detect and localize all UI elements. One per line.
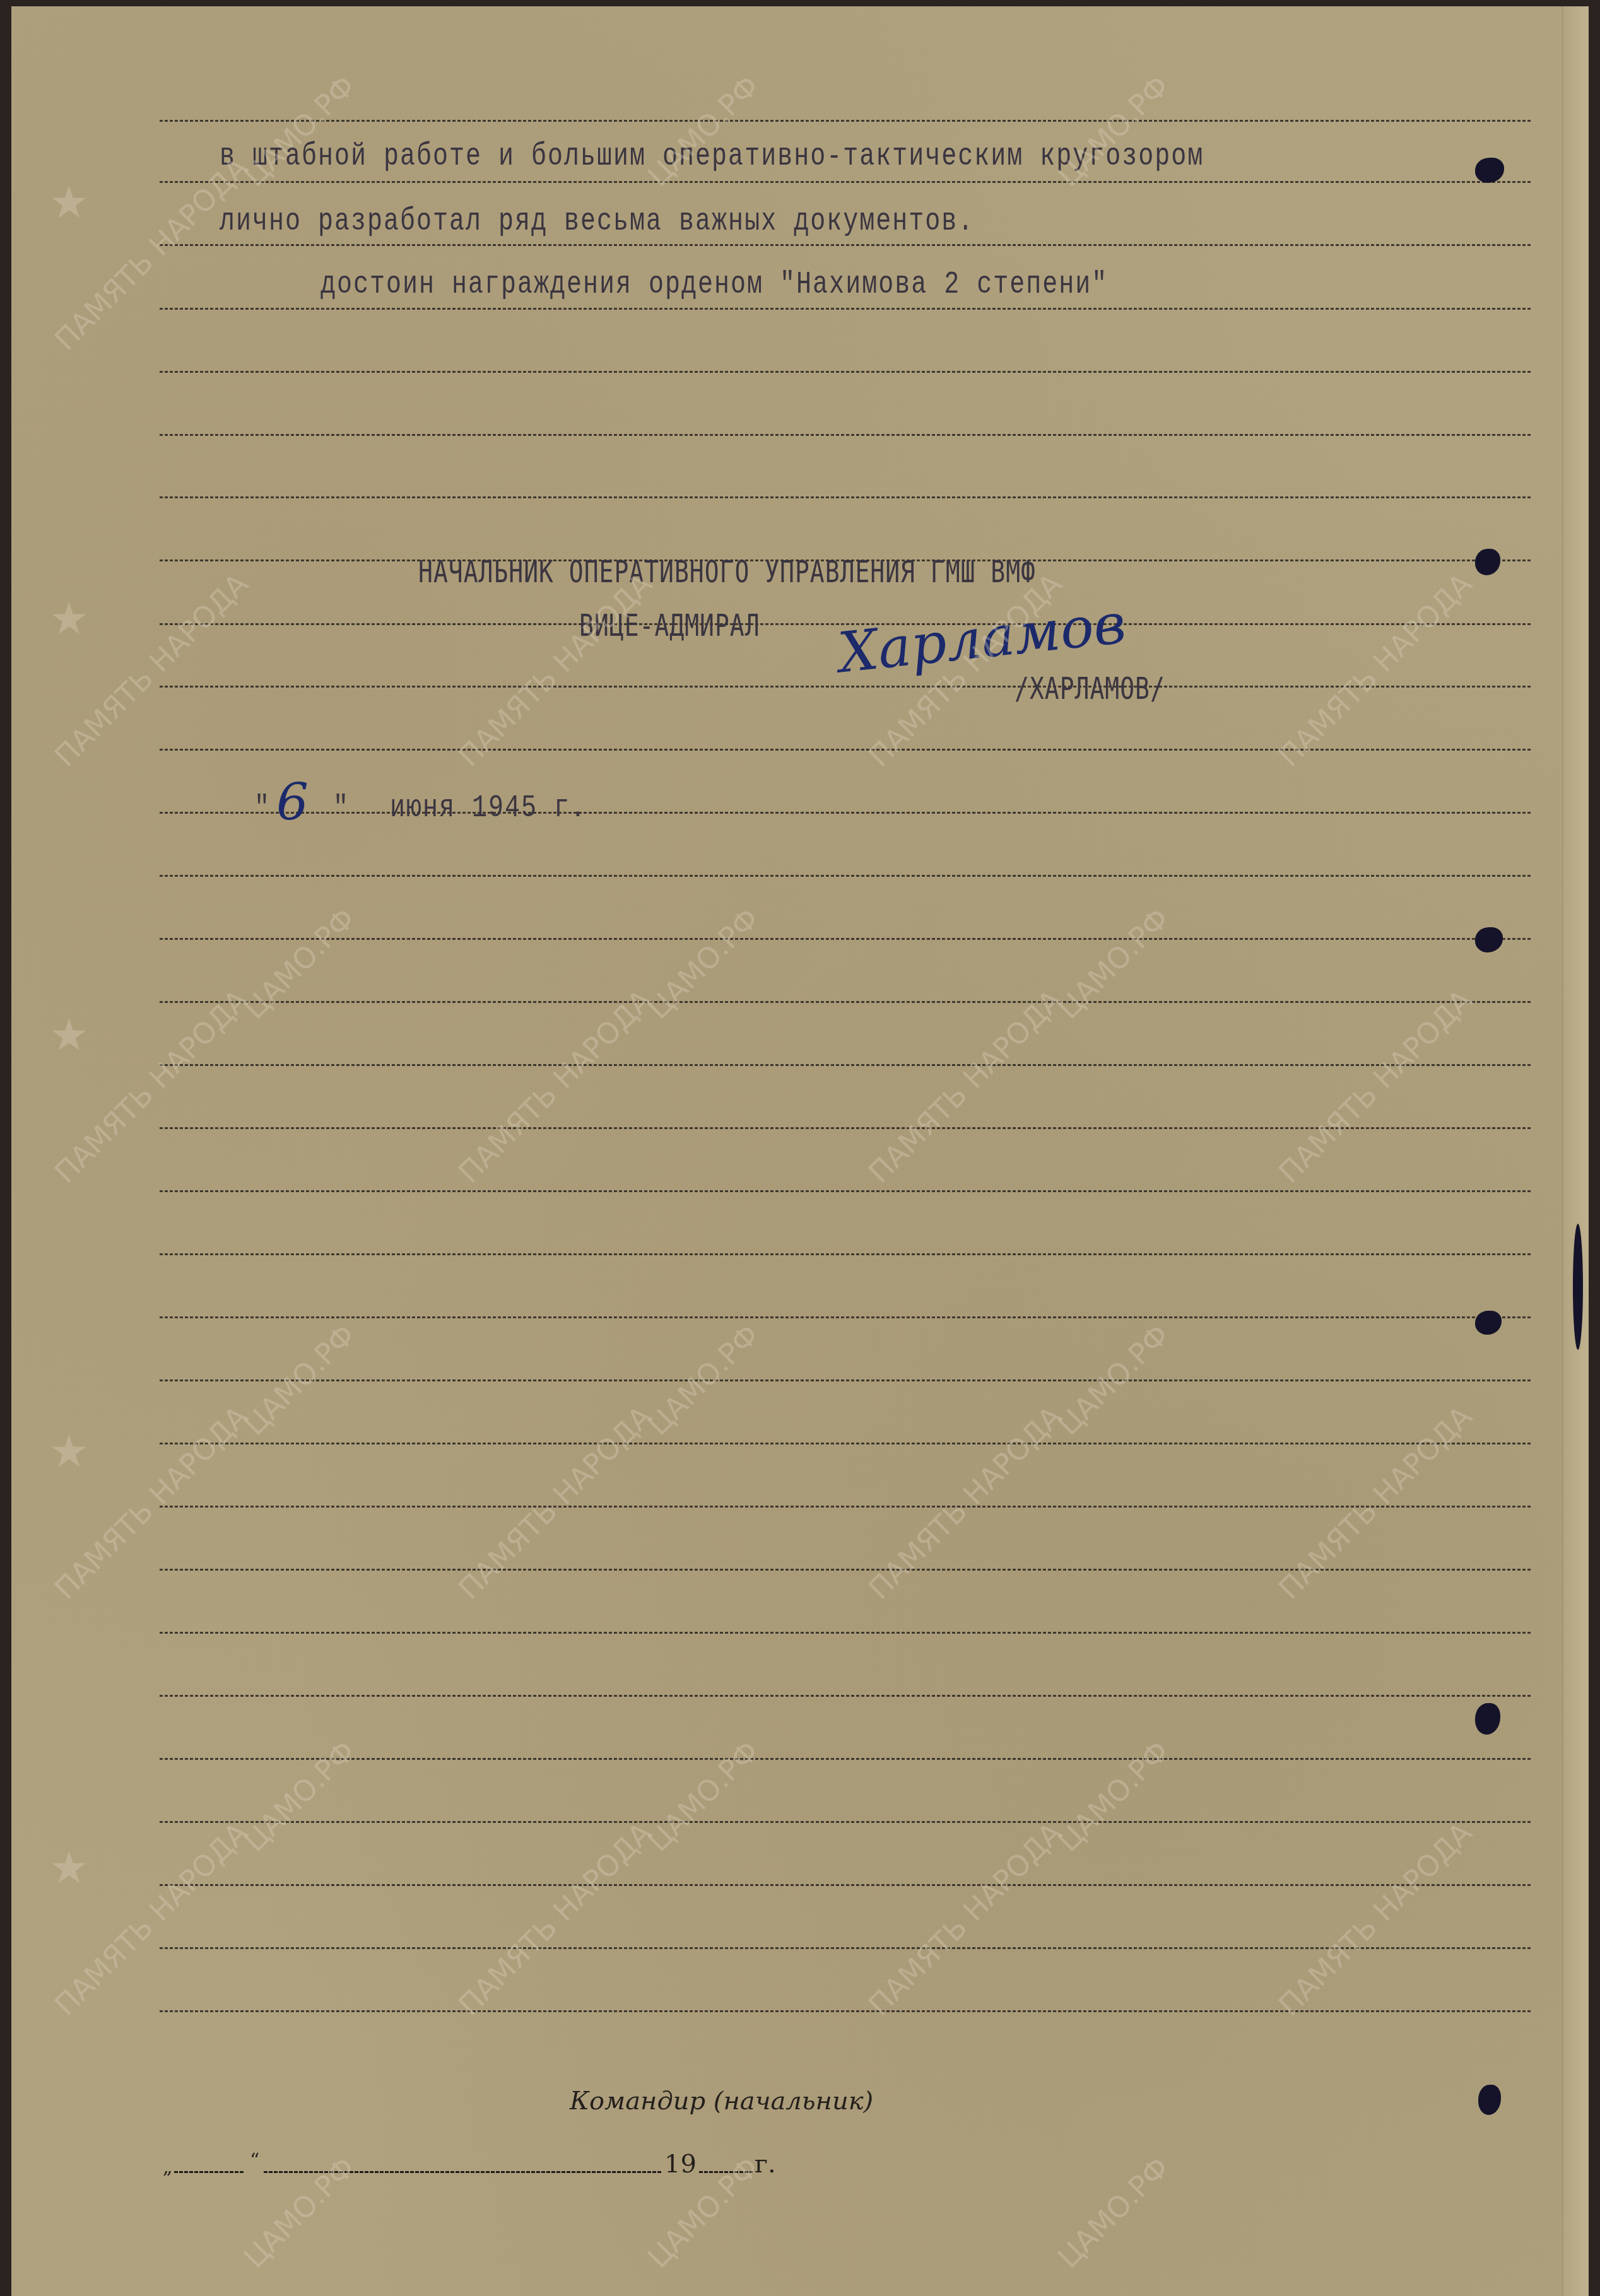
watermark: ПАМЯТЬ НАРОДА: [1273, 1401, 1478, 1605]
ruled-line: [160, 1758, 1532, 1760]
footer-date-open: „: [163, 2156, 173, 2178]
footer-date-quote: “: [250, 2150, 259, 2172]
punch-hole: [1475, 158, 1504, 183]
watermark: ПАМЯТЬ НАРОДА: [1273, 1817, 1478, 2022]
watermark: ПАМЯТЬ НАРОДА: [453, 1817, 657, 2022]
watermark: ЦАМО.РФ: [642, 903, 764, 1024]
watermark-star-icon: ★: [49, 593, 89, 645]
document-page: в штабной работе и большим оперативно-та…: [11, 6, 1589, 2296]
footer-month-blank: [264, 2171, 661, 2173]
date-close-quote: ": [333, 791, 350, 826]
watermark: ЦАМО.РФ: [642, 1735, 764, 1857]
ruled-line: [160, 1884, 1532, 1886]
footer-year-suffix: г.: [755, 2150, 776, 2179]
ruled-line: [160, 875, 1532, 877]
ruled-line: [160, 1695, 1532, 1697]
ruled-line: [160, 308, 1532, 310]
watermark: ПАМЯТЬ НАРОДА: [453, 568, 657, 773]
watermark: ПАМЯТЬ НАРОДА: [1273, 985, 1478, 1189]
punch-hole: [1475, 1703, 1500, 1735]
ruled-line: [160, 938, 1532, 940]
ruled-line: [160, 1190, 1532, 1192]
commander-label: Командир (начальник): [570, 2087, 873, 2116]
punch-hole: [1475, 549, 1500, 575]
page-edge: [1562, 6, 1589, 2296]
ruled-line: [160, 244, 1532, 246]
date-open-quote: ": [254, 791, 271, 826]
punch-hole: [1478, 2085, 1501, 2115]
ruled-line: [160, 749, 1532, 751]
ruled-line: [160, 1127, 1532, 1129]
watermark: ЦАМО.РФ: [1052, 2152, 1174, 2273]
watermark-star-icon: ★: [49, 177, 89, 229]
watermark: ПАМЯТЬ НАРОДА: [453, 1401, 657, 1605]
watermark-star-icon: ★: [49, 1009, 89, 1062]
ruled-line: [160, 1064, 1532, 1066]
ruled-line: [160, 496, 1532, 498]
watermark: ПАМЯТЬ НАРОДА: [49, 985, 254, 1189]
watermark: ПАМЯТЬ НАРОДА: [49, 1817, 254, 2022]
punch-hole: [1475, 927, 1503, 952]
ruled-line: [160, 181, 1532, 183]
watermark-star-icon: ★: [49, 1842, 89, 1894]
ruled-line: [160, 1443, 1532, 1444]
signatory-position: НАЧАЛЬНИК ОПЕРАТИВНОГО УПРАВЛЕНИЯ ГМШ ВМ…: [418, 554, 1036, 589]
watermark: ПАМЯТЬ НАРОДА: [49, 568, 254, 773]
watermark: ЦАМО.РФ: [238, 1735, 360, 1857]
date-day-handwritten: 6: [276, 773, 309, 831]
watermark: ЦАМО.РФ: [642, 2152, 764, 2273]
watermark-star-icon: ★: [49, 1426, 89, 1478]
body-line-2: лично разработал ряд весьма важных докум…: [220, 204, 974, 240]
watermark: ПАМЯТЬ НАРОДА: [453, 985, 657, 1189]
ruled-line: [160, 1947, 1532, 1949]
ruled-line: [160, 1001, 1532, 1003]
ruled-line: [160, 812, 1532, 814]
date-rest: июня 1945 г.: [390, 791, 587, 826]
ruled-line: [160, 371, 1532, 373]
ruled-line: [160, 1632, 1532, 1634]
ruled-line: [160, 686, 1532, 688]
watermark: ЦАМО.РФ: [238, 903, 360, 1024]
ruled-line: [160, 1821, 1532, 1823]
ruled-line: [160, 1506, 1532, 1508]
ruled-line: [160, 1253, 1532, 1255]
footer-year-prefix: 19: [664, 2150, 697, 2179]
signatory-name: /ХАРЛАМОВ/: [1015, 671, 1165, 706]
body-line-3: достоин награждения орденом "Нахимова 2 …: [321, 267, 1108, 303]
watermark: ПАМЯТЬ НАРОДА: [863, 985, 1068, 1189]
watermark: ПАМЯТЬ НАРОДА: [49, 1401, 254, 1605]
punch-hole: [1573, 1224, 1583, 1350]
ruled-line: [160, 1316, 1532, 1318]
body-line-1: в штабной работе и большим оперативно-та…: [220, 139, 1204, 175]
watermark: ЦАМО.РФ: [1052, 1735, 1174, 1857]
watermark: ЦАМО.РФ: [1052, 903, 1174, 1024]
watermark: ПАМЯТЬ НАРОДА: [863, 1817, 1068, 2022]
watermark: ПАМЯТЬ НАРОДА: [863, 1401, 1068, 1605]
watermark: ПАМЯТЬ НАРОДА: [1273, 568, 1478, 773]
ruled-line: [160, 120, 1532, 122]
ruled-line: [160, 434, 1532, 436]
ruled-line: [160, 1379, 1532, 1381]
ruled-line: [160, 2010, 1532, 2012]
punch-hole: [1475, 1311, 1502, 1335]
signatory-rank: ВИЦЕ-АДМИРАЛ: [579, 608, 760, 643]
ruled-line: [160, 1569, 1532, 1571]
footer-day-blank: [174, 2171, 244, 2173]
footer-year-blank: [699, 2171, 753, 2173]
